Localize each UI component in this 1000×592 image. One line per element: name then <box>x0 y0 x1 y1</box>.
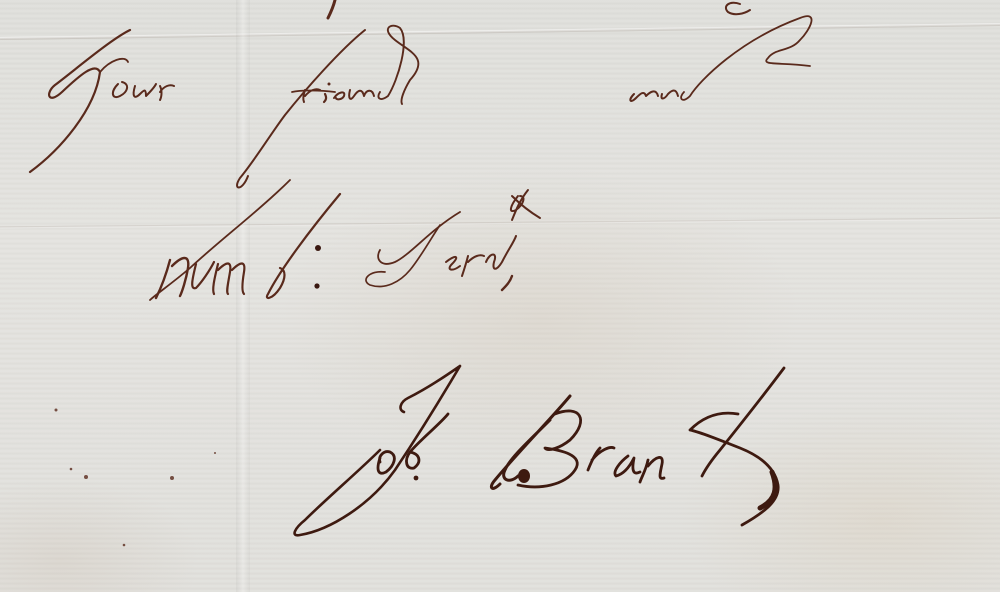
signature-ink <box>295 366 784 535</box>
line1-ink <box>30 16 812 187</box>
letter-paper: Your friend and humbl. Servt, Jos. Brant <box>0 0 1000 592</box>
line2-ink <box>150 180 540 300</box>
handwriting-ink <box>0 0 1000 592</box>
